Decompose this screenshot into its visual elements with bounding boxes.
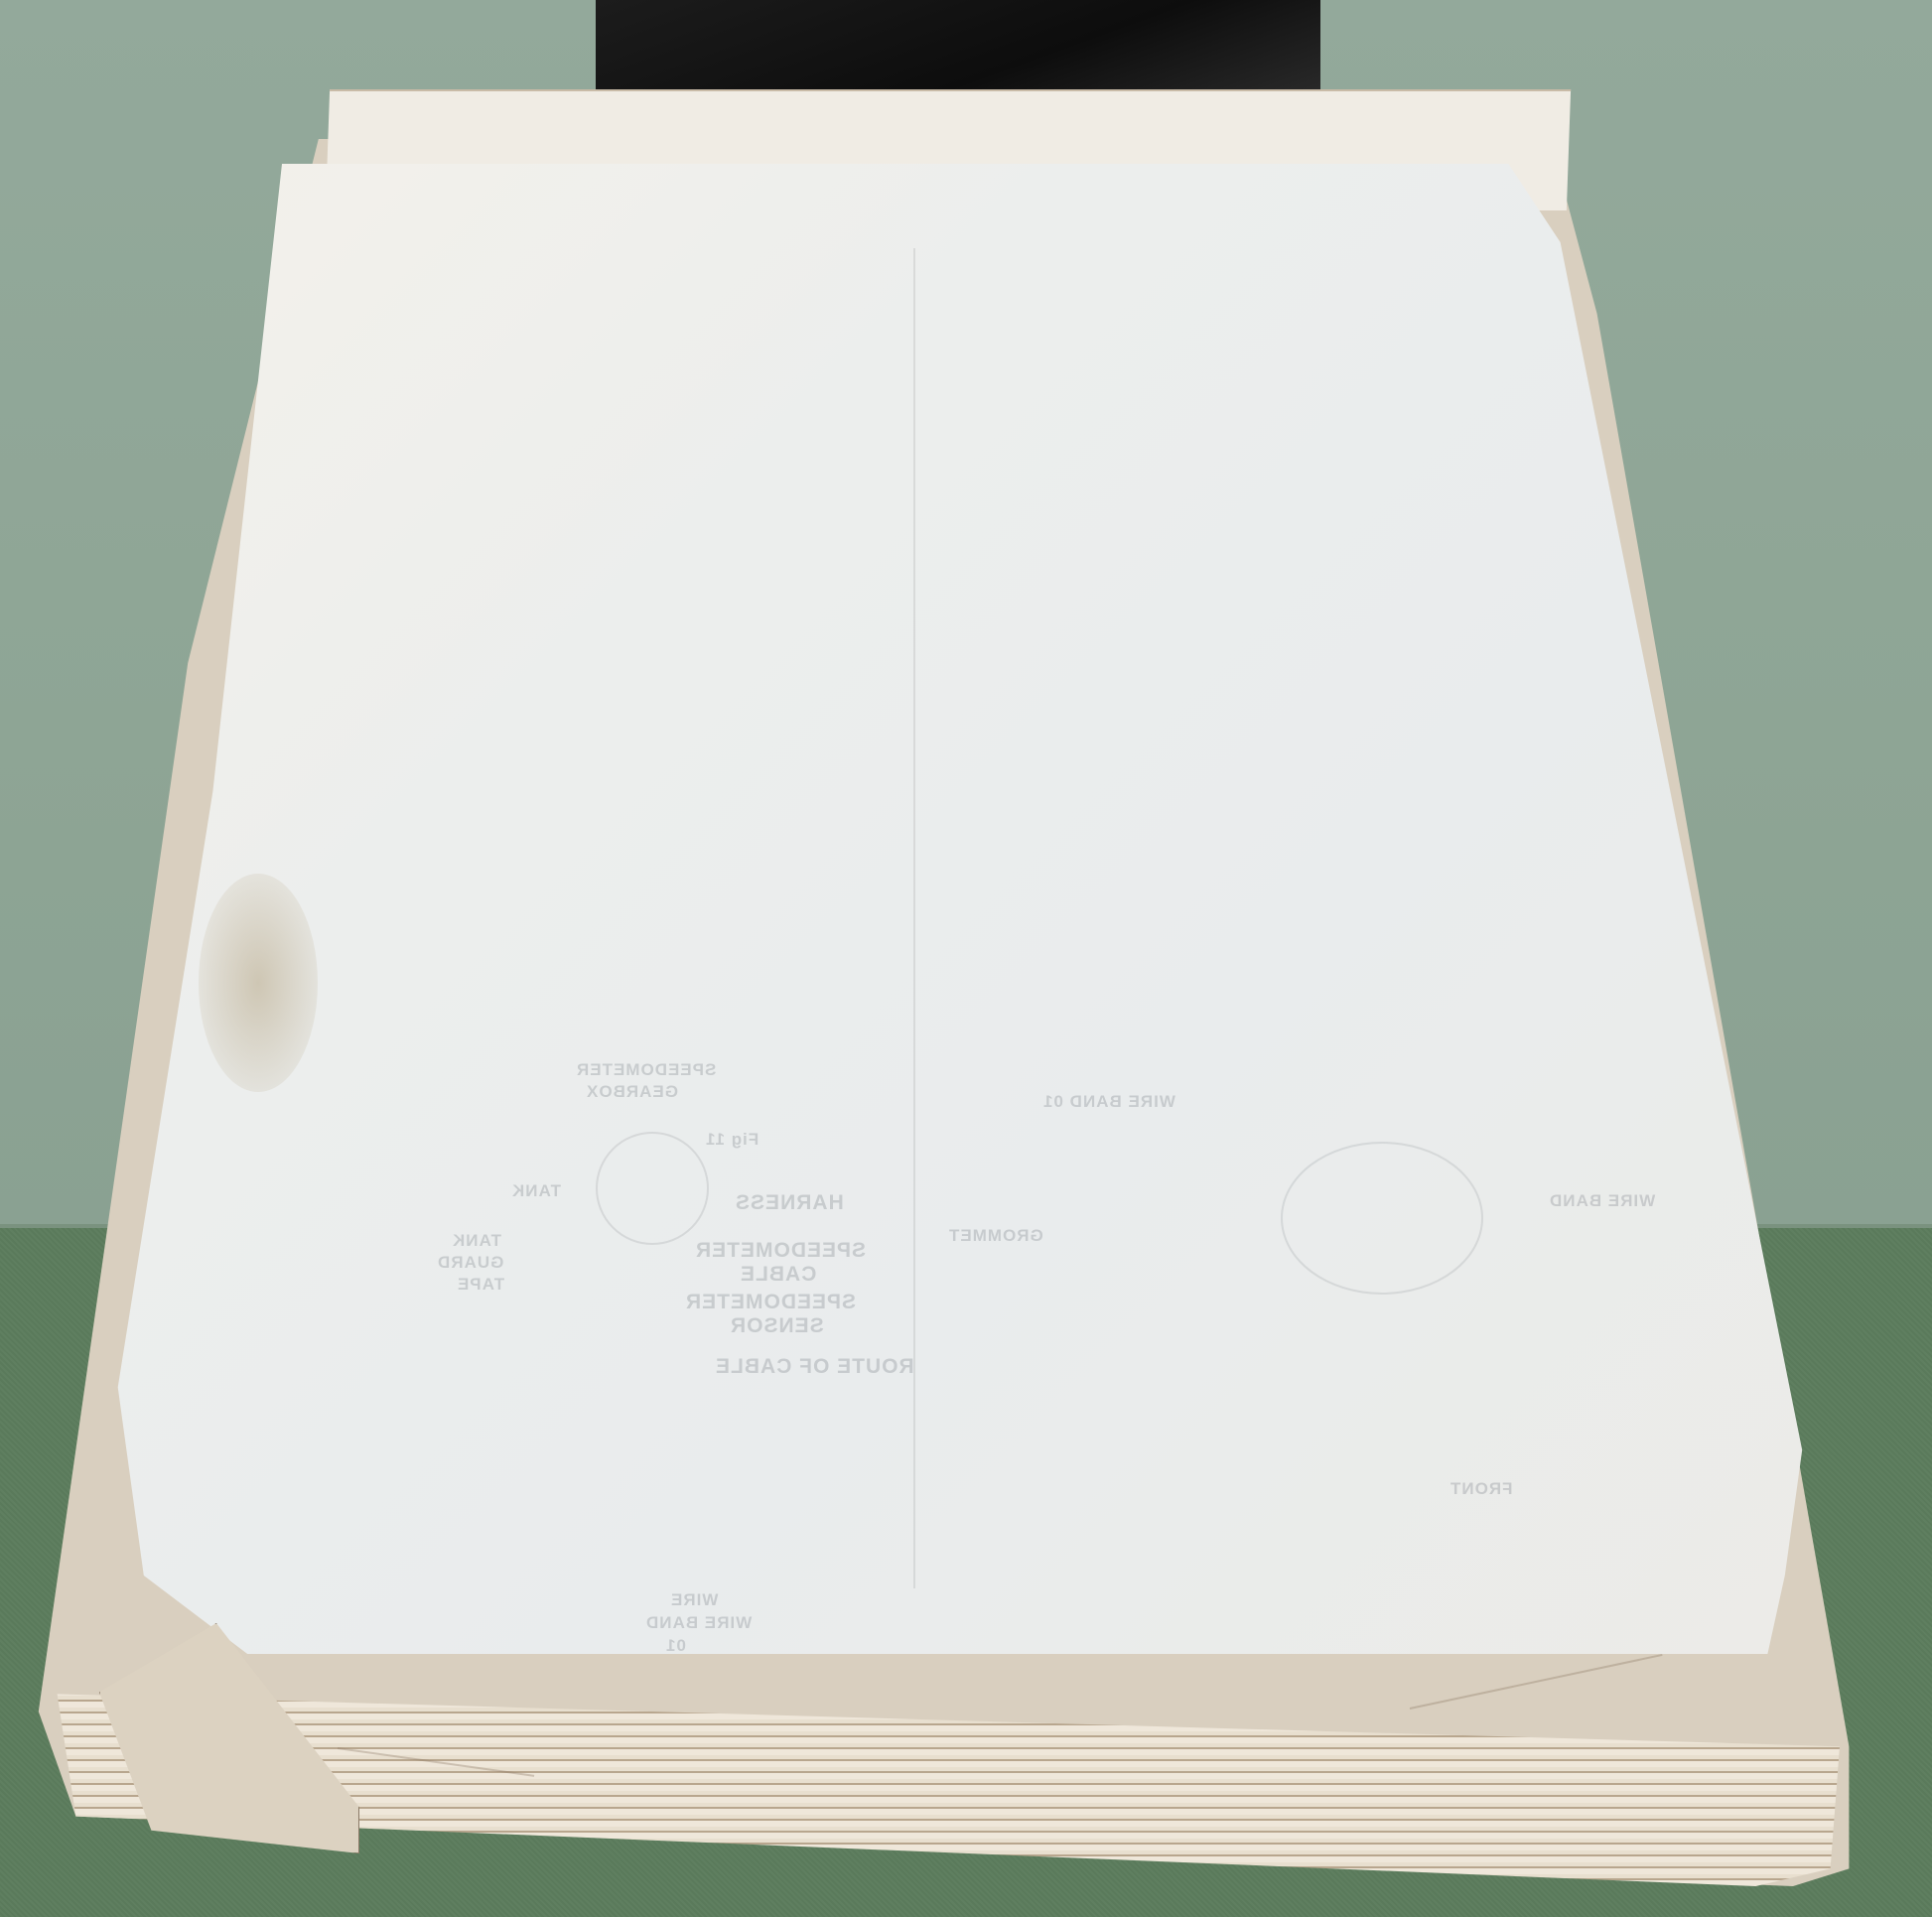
show-through-label: CABLE [740, 1263, 816, 1287]
diagram-circle [596, 1132, 709, 1245]
show-through-label: GEARBOX [586, 1082, 678, 1102]
black-binder [596, 0, 1320, 99]
show-through-label: WIRE [670, 1590, 718, 1610]
show-through-label: ROUTE OF CABLE [715, 1355, 914, 1379]
show-through-label: WIRE BAND [1549, 1191, 1655, 1211]
top-page [109, 164, 1837, 1732]
show-through-label: WIRE BAND 01 [1042, 1092, 1175, 1112]
show-through-label: HARNESS [735, 1191, 844, 1215]
show-through-label: TANK [511, 1181, 561, 1201]
diagram-circle [1281, 1142, 1483, 1295]
show-through-label: FRONT [1449, 1479, 1513, 1499]
show-through-label: SENSOR [730, 1314, 824, 1338]
show-through-label: SPEEDOMETER [685, 1291, 856, 1314]
show-through-label: Fig 11 [705, 1130, 759, 1150]
show-through-label: 01 [665, 1636, 686, 1656]
show-through-label: WIRE BAND [645, 1613, 752, 1633]
center-fold-line [913, 248, 915, 1588]
show-through-label: SPEEDOMETER [576, 1060, 716, 1080]
show-through-label: GUARD [437, 1253, 503, 1273]
water-stain [199, 874, 318, 1092]
show-through-label: TAPE [457, 1275, 504, 1295]
show-through-label: TANK [452, 1231, 501, 1251]
show-through-label: GROMMET [948, 1226, 1043, 1246]
show-through-label: SPEEDOMETER [695, 1239, 866, 1263]
